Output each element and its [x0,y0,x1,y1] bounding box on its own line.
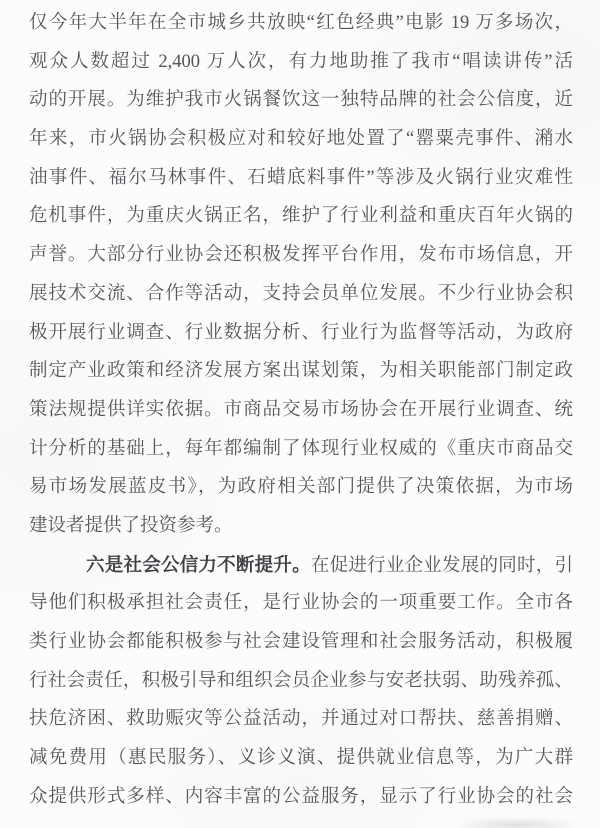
text-line-5: 油事件、福尔马林事件、石蜡底料事件”等涉及火锅行业灾难性 [29,159,573,198]
scan-edge-smudge [452,817,582,828]
text-line-18: 行社会责任，积极引导和组织会员企业参与安老扶弱、助残养孤、 [29,662,573,701]
text-line-12: 计分析的基础上，每年都编制了体现行业权威的《重庆市商品交 [29,430,573,469]
text-line-13: 易市场发展蓝皮书》，为政府相关部门提供了决策依据，为市场 [29,468,573,507]
text-line-8: 展技术交流、合作等活动，支持会员单位发展。不少行业协会积 [29,275,573,314]
text-line-4: 年来，市火锅协会积极应对和较好地处置了“罂粟壳事件、潲水 [29,120,573,159]
text-line-1: 仅今年大半年在全市城乡共放映“红色经典”电影 19 万多场次， [29,4,573,43]
text-line-14: 建设者提供了投资参考。 [29,507,573,546]
text-line-17: 类行业协会都能积极参与社会建设管理和社会服务活动，积极履 [29,623,573,662]
text-line-6: 危机事件，为重庆火锅正名，维护了行业利益和重庆百年火锅的 [29,197,573,236]
text-line-20: 减免费用（惠民服务）、义诊义演、提供就业信息等，为广大群 [29,739,573,778]
text-line-3: 动的开展。为维护我市火锅餐饮这一独特品牌的社会公信度，近 [29,81,573,120]
text-block: 仅今年大半年在全市城乡共放映“红色经典”电影 19 万多场次， 观众人数超过 2… [29,4,573,816]
paragraph-lead-rest: 在促进行业企业发展的同时，引 [311,556,573,576]
text-line-21: 众提供形式多样、内容丰富的公益服务，显示了行业协会的社会 [29,778,573,817]
paragraph-lead-bold: 六是社会公信力不断提升。 [86,554,311,575]
document-page: 仅今年大半年在全市城乡共放映“红色经典”电影 19 万多场次， 观众人数超过 2… [0,0,600,828]
text-line-19: 扶危济困、救助赈灾等公益活动，并通过对口帮扶、慈善捐赠、 [29,700,573,739]
text-line-16: 导他们积极承担社会责任，是行业协会的一项重要工作。全市各 [29,584,573,623]
text-line-15: 六是社会公信力不断提升。在促进行业企业发展的同时，引 [29,546,573,585]
text-line-9: 极开展行业调查、行业数据分析、行业行为监督等活动，为政府 [29,314,573,353]
text-line-11: 策法规提供详实依据。市商品交易市场协会在开展行业调查、统 [29,391,573,430]
text-line-10: 制定产业政策和经济发展方案出谋划策，为相关职能部门制定政 [29,352,573,391]
text-line-2: 观众人数超过 2,400 万人次，有力地助推了我市“唱读讲传”活 [29,43,573,82]
text-line-7: 声誉。大部分行业协会还积极发挥平台作用，发布市场信息，开 [29,236,573,275]
